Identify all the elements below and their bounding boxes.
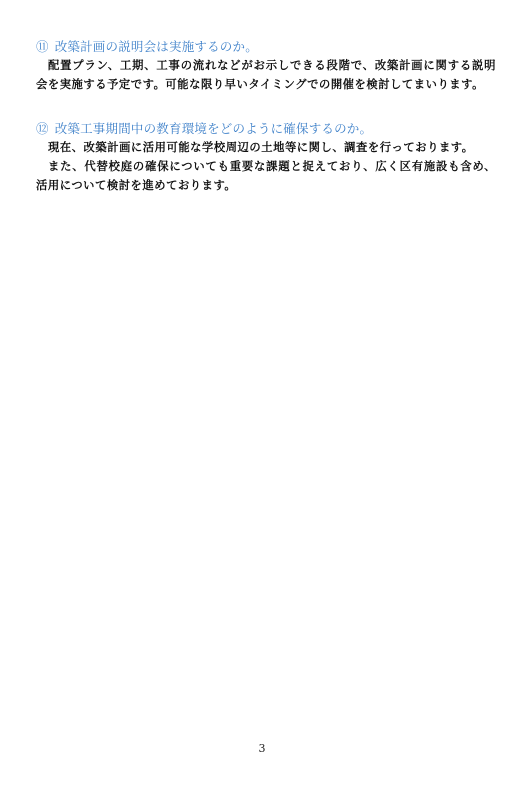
document-page: ⑪改築計画の説明会は実施するのか。 配置プラン、工期、工事の流れなどがお示しでき… <box>0 0 524 800</box>
answer-paragraph: 配置プラン、工期、工事の流れなどがお示しできる段階で、改築計画に関する説明会を実… <box>36 56 496 94</box>
question-text: 改築計画の説明会は実施するのか。 <box>55 39 258 54</box>
qa-section-11: ⑪改築計画の説明会は実施するのか。 配置プラン、工期、工事の流れなどがお示しでき… <box>36 37 496 94</box>
question-number: ⑫ <box>36 119 49 138</box>
page-number: 3 <box>0 742 524 755</box>
answer-paragraph: 現在、改築計画に活用可能な学校周辺の土地等に関し、調査を行っております。 <box>36 138 496 157</box>
question-number: ⑪ <box>36 37 49 56</box>
question-heading: ⑫改築工事期間中の教育環境をどのように確保するのか。 <box>36 119 496 138</box>
qa-section-12: ⑫改築工事期間中の教育環境をどのように確保するのか。 現在、改築計画に活用可能な… <box>36 119 496 195</box>
question-text: 改築工事期間中の教育環境をどのように確保するのか。 <box>55 121 373 136</box>
question-heading: ⑪改築計画の説明会は実施するのか。 <box>36 37 496 56</box>
answer-paragraph: また、代替校庭の確保についても重要な課題と捉えており、広く区有施設も含め、活用に… <box>36 157 496 195</box>
